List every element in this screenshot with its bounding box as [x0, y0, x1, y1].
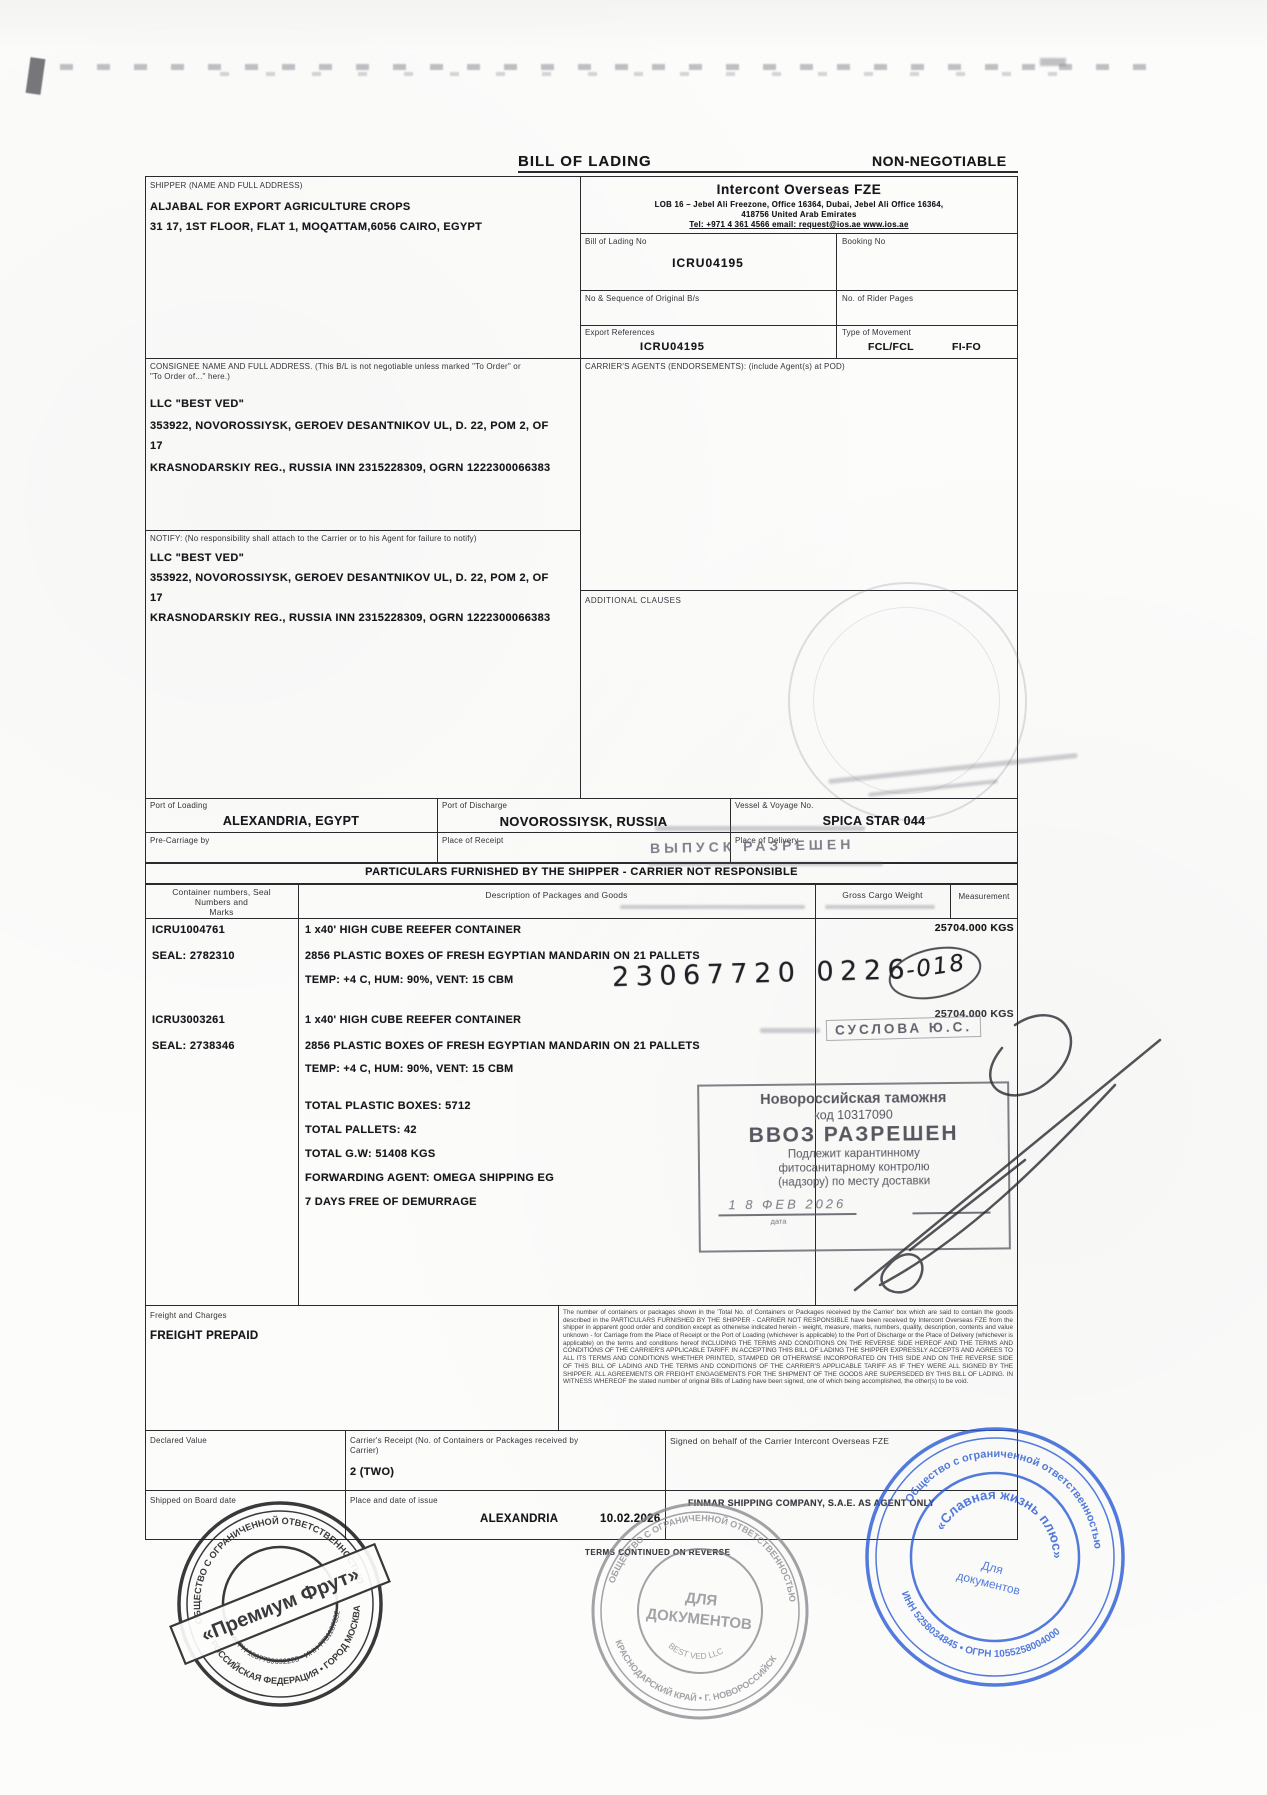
movement-type-label: Type of Movement	[842, 328, 911, 338]
port-of-loading-value: ALEXANDRIA, EGYPT	[145, 814, 437, 828]
seal-number-2: SEAL: 2738346	[152, 1040, 235, 1052]
col-marks-header-3: Marks	[145, 907, 298, 918]
col-measurement-header: Measurement	[950, 892, 1018, 902]
for-documents-round-stamp: ОБЩЕСТВО С ОГРАНИЧЕННОЙ ОТВЕТСТВЕННОСТЬЮ…	[574, 1485, 827, 1738]
cargo-desc-2-line-2: 2856 PLASTIC BOXES OF FRESH EGYPTIAN MAN…	[305, 1040, 700, 1052]
gross-weight-1: 25704.000 KGS	[860, 922, 1014, 934]
cargo-desc-2-line-3: TEMP: +4 C, HUM: 90%, VENT: 15 CBM	[305, 1063, 513, 1075]
place-of-receipt-label: Place of Receipt	[442, 836, 503, 846]
movement-type-value-2: FI-FO	[952, 341, 981, 353]
title-underline	[518, 171, 1018, 173]
export-references-label: Export References	[585, 328, 655, 338]
port-of-discharge-label: Port of Discharge	[442, 801, 507, 811]
divider	[145, 918, 1018, 919]
pen-signature-scribbles	[770, 990, 1170, 1310]
pre-carriage-label: Pre-Carriage by	[150, 836, 209, 846]
container-number-2: ICRU3003261	[152, 1014, 225, 1026]
docs-stamp-arc-bottom: КРАСНОДАРСКИЙ КРАЙ • Г. НОВОРОССИЙСК	[608, 1637, 779, 1711]
carrier-address-2: 418756 United Arab Emirates	[580, 210, 1018, 219]
bl-number-value: ICRU04195	[580, 256, 836, 270]
scan-noise-strip	[60, 64, 1170, 70]
notify-address-1: 353922, NOVOROSSIYSK, GEROEV DESANTNIKOV…	[150, 572, 549, 584]
rider-pages-label: No. of Rider Pages	[842, 294, 913, 304]
notify-address-3: KRASNODARSKIY REG., RUSSIA INN 231522830…	[150, 612, 550, 624]
divider	[580, 290, 1018, 291]
blue-stamp-company-name-arc: «Славная жизнь плюс»	[931, 1472, 1078, 1562]
shipper-label: SHIPPER (NAME AND FULL ADDRESS)	[150, 181, 303, 191]
cargo-desc-1-line-1: 1 x40' HIGH CUBE REEFER CONTAINER	[305, 924, 521, 936]
consignee-address-2: 17	[150, 440, 163, 452]
docs-stamp-arc-top: ОБЩЕСТВО С ОГРАНИЧЕННОЙ ОТВЕТСТВЕННОСТЬЮ	[606, 1503, 805, 1603]
faded-stamp-text-line	[655, 826, 865, 831]
carrier-name: Intercont Overseas FZE	[580, 182, 1018, 197]
divider	[580, 325, 1018, 326]
document-title: BILL OF LADING	[518, 153, 652, 170]
booking-number-label: Booking No	[842, 237, 885, 247]
divider	[580, 233, 1018, 234]
divider	[437, 798, 438, 862]
divider	[145, 832, 1018, 833]
blue-stamp-arc-bottom: ИНН 5258034845 • ОГРН 1055258004000	[888, 1587, 1064, 1677]
docs-stamp-center-2: ДОКУМЕНТОВ	[646, 1605, 753, 1633]
faded-stamp-text-line	[620, 905, 805, 909]
additional-clauses-label: ADDITIONAL CLAUSES	[585, 596, 681, 606]
total-gross-weight: TOTAL G.W: 51408 KGS	[305, 1148, 436, 1160]
issue-place-value: ALEXANDRIA	[480, 1513, 558, 1525]
consignee-address-3: KRASNODARSKIY REG., RUSSIA INN 231522830…	[150, 462, 550, 474]
svg-text:ОБЩЕСТВО С ОГРАНИЧЕННОЙ ОТВЕТС: ОБЩЕСТВО С ОГРАНИЧЕННОЙ ОТВЕТСТВЕННОСТЬЮ	[606, 1503, 805, 1603]
shipper-name: ALJABAL FOR EXPORT AGRICULTURE CROPS	[150, 201, 411, 213]
carrier-receipt-label-2: Carrier)	[350, 1446, 379, 1456]
export-references-value: ICRU04195	[640, 341, 705, 353]
col-gross-weight-header: Gross Cargo Weight	[815, 890, 950, 901]
seal-number-1: SEAL: 2782310	[152, 950, 235, 962]
container-number-1: ICRU1004761	[152, 924, 225, 936]
total-pallets: TOTAL PALLETS: 42	[305, 1124, 417, 1136]
scan-noise-strip2	[220, 72, 1080, 76]
scanned-bill-of-lading: BILL OF LADING NON-NEGOTIABLE SHIPPER (N…	[0, 0, 1267, 1795]
divider	[558, 1305, 559, 1430]
docs-stamp-arc-inner: BEST VED LLC	[666, 1640, 726, 1664]
carrier-address-3: Tel: +971 4 361 4566 email: request@ios.…	[580, 220, 1018, 229]
scan-blot	[26, 57, 46, 95]
shipper-address: 31 17, 1ST FLOOR, FLAT 1, MOQATTAM,6056 …	[150, 221, 482, 233]
divider	[298, 884, 299, 1305]
faded-stamp-text-line	[825, 905, 935, 909]
freight-charges-label: Freight and Charges	[150, 1311, 227, 1321]
divider	[145, 358, 580, 359]
consignee-name: LLC "BEST VED"	[150, 398, 244, 410]
scan-speck	[1040, 58, 1066, 66]
carrier-address-1: LOB 16 – Jebel Ali Freezone, Office 1636…	[580, 200, 1018, 209]
carrier-agents-label: CARRIER'S AGENTS (ENDORSEMENTS): (includ…	[585, 362, 1013, 372]
forwarding-agent: FORWARDING AGENT: OMEGA SHIPPING EG	[305, 1172, 554, 1184]
cargo-desc-2-line-1: 1 x40' HIGH CUBE REEFER CONTAINER	[305, 1014, 521, 1026]
docs-stamp-center-1: ДЛЯ	[684, 1589, 718, 1609]
bl-number-label: Bill of Lading No	[585, 237, 647, 247]
notify-name: LLC "BEST VED"	[150, 552, 244, 564]
notify-label: NOTIFY: (No responsibility shall attach …	[150, 534, 575, 544]
consignee-label: CONSIGNEE NAME AND FULL ADDRESS. (This B…	[150, 362, 575, 372]
total-boxes: TOTAL PLASTIC BOXES: 5712	[305, 1100, 471, 1112]
svg-text:BEST VED LLC: BEST VED LLC	[666, 1640, 726, 1664]
col-description-header: Description of Packages and Goods	[298, 890, 815, 901]
freight-charges-value: FREIGHT PREPAID	[150, 1330, 258, 1342]
divider	[145, 530, 580, 531]
negotiable-status: NON-NEGOTIABLE	[872, 153, 1007, 169]
movement-type-value: FCL/FCL	[868, 341, 914, 353]
divider	[580, 358, 1018, 359]
faded-stamp-text-line	[648, 862, 883, 866]
divider-heavy	[145, 883, 1018, 885]
vessel-voyage-label: Vessel & Voyage No.	[735, 801, 814, 811]
port-of-loading-label: Port of Loading	[150, 801, 207, 811]
divider	[836, 233, 837, 358]
declared-value-label: Declared Value	[150, 1436, 207, 1446]
consignee-label-2: "To Order of..." here.)	[150, 372, 230, 382]
cargo-desc-1-line-3: TEMP: +4 C, HUM: 90%, VENT: 15 CBM	[305, 974, 513, 986]
consignee-address-1: 353922, NOVOROSSIYSK, GEROEV DESANTNIKOV…	[150, 420, 549, 432]
svg-text:ИНН 5258034845 • ОГРН 10552580: ИНН 5258034845 • ОГРН 1055258004000	[888, 1587, 1064, 1677]
notify-address-2: 17	[150, 592, 163, 604]
particulars-banner: PARTICULARS FURNISHED BY THE SHIPPER - C…	[145, 866, 1018, 878]
divider-heavy	[145, 862, 1018, 864]
svg-text:«Славная жизнь плюс»: «Славная жизнь плюс»	[931, 1472, 1078, 1562]
sequence-label: No & Sequence of Original B/s	[585, 294, 699, 304]
demurrage-clause: 7 DAYS FREE OF DEMURRAGE	[305, 1196, 477, 1208]
svg-text:КРАСНОДАРСКИЙ КРАЙ • Г. НОВОРО: КРАСНОДАРСКИЙ КРАЙ • Г. НОВОРОССИЙСК	[608, 1637, 779, 1711]
carrier-receipt-label: Carrier's Receipt (No. of Containers or …	[350, 1436, 660, 1446]
